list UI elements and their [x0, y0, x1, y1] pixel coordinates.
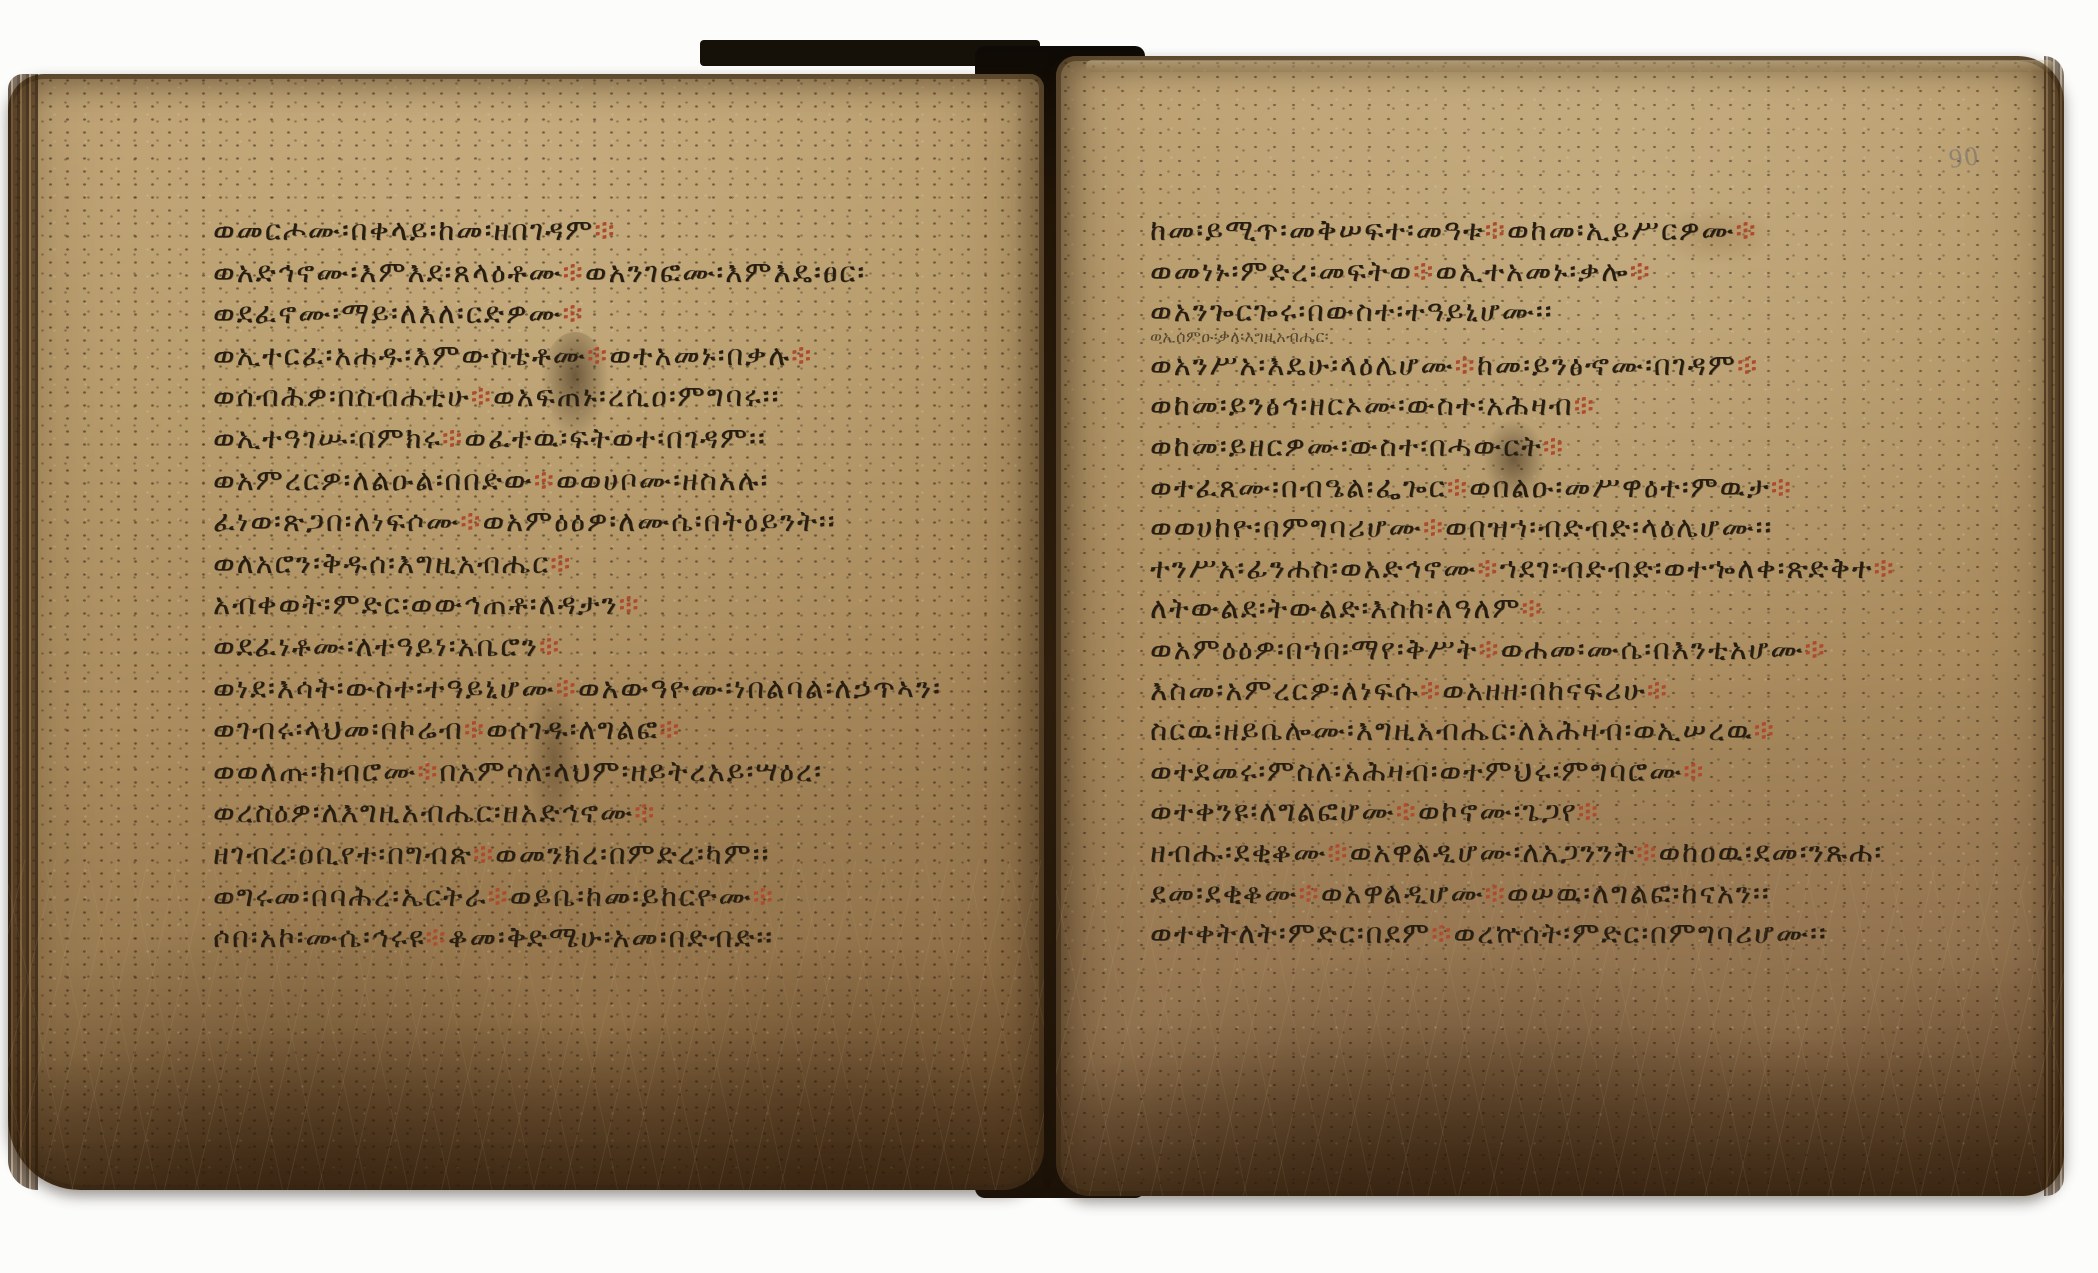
manuscript-text-line: ወከመ፡ይዘርዎሙ፡ውስተ፡በሓውርት፨ — [1150, 426, 2050, 467]
manuscript-text-line: ወረስዕዎ፡ለእግዚአብሔር፡ዘአድኅኖሙ፨ — [213, 792, 1033, 834]
manuscript-text-line: ስርዉ፡ዘይቤሎሙ፡እግዚአብሔር፡ለአሕዛብ፡ወኢሠረዉ፨ — [1150, 710, 2050, 751]
manuscript-text-line: ወመነኑ፡ምድረ፡መፍትወ፨ወኢተአመኑ፡ቃሎ፨ — [1150, 251, 2050, 292]
manuscript-text-line: ወግሩመ፡በባሕረ፡ኤርትራ፨ወይቤ፡ከመ፡ይከርዮሙ፨ — [213, 876, 1033, 918]
manuscript-text-line: ወተፈጸሙ፡በብዔል፡ፌጐር፨ወበልዑ፡መሥዋዕተ፡ምዉታ፨ — [1150, 467, 2050, 508]
manuscript-text-line: አብቀወት፡ምድር፡ወውኅጠቶ፡ለዳታን፨ — [213, 584, 1033, 626]
right-page-text: ከመ፡ይሚጥ፡መቅሠፍተ፡መዓቱ፨ወከመ፡ኢይሥርዎሙ፨ወመነኑ፡ምድረ፡መፍት… — [1150, 210, 2050, 954]
manuscript-text-line: ወመርሖሙ፡በቀላይ፡ከመ፡ዘበገዳም፨ — [213, 210, 1033, 252]
manuscript-text-line: ደመ፡ደቂቆሙ፨ወአዋልዲሆሙ፨ወሠዉ፡ለግልፎ፡ከናአን፡፡ — [1150, 873, 2050, 914]
manuscript-text-line: ወኢተርፈ፡አሐዱ፡እምውስቴቶሙ፨ወተአመኑ፡በቃሉ፨ — [213, 335, 1033, 377]
manuscript-text-line: ወለአሮን፡ቅዱሰ፡እግዚአብሔር፨ — [213, 543, 1033, 585]
manuscript-text-line: ሶበ፡አኮ፡ሙሴ፡ኅሩዩ፨ቆመ፡ቅድሜሁ፡አመ፡በድብድ፡፡ — [213, 917, 1033, 959]
manuscript-text-line: ፈነወ፡ጽጋበ፡ለነፍሶሙ፨ወአምዕዕዎ፡ለሙሴ፡በትዕይንት፡፡ — [213, 501, 1033, 543]
manuscript-text-line: ወሰብሕዎ፡በስብሐቲሁ፨ወአፍጠኑ፡ረሲዐ፡ምግባሩ፡፡ — [213, 376, 1033, 418]
manuscript-text-line: ከመ፡ይሚጥ፡መቅሠፍተ፡መዓቱ፨ወከመ፡ኢይሥርዎሙ፨ — [1150, 210, 2050, 251]
manuscript-text-line: ወከመ፡ይንፅኅ፡ዘርኦሙ፡ውስተ፡አሕዛብ፨ — [1150, 385, 2050, 426]
manuscript-text-line: ወኢሰምዑ፡ቃለ፡እግዚአብሔር፡ — [1150, 327, 2050, 346]
manuscript-text-line: ወአድኅኖሙ፡እምእደ፡ጸላዕቶሙ፨ወአንገፎሙ፡እምእዴ፡ፀር፡ — [213, 252, 1033, 294]
manuscript-text-line: ወተደመሩ፡ምስለ፡አሕዛብ፡ወተምህሩ፡ምግባሮሙ፨ — [1150, 751, 2050, 792]
manuscript-text-line: ወአንሥአ፡እዴሁ፡ላዕሌሆሙ፨ከመ፡ይንፅኆሙ፡በገዳም፨ — [1150, 345, 2050, 386]
manuscript-right-page: 90 ከመ፡ይሚጥ፡መቅሠፍተ፡መዓቱ፨ወከመ፡ኢይሥርዎሙ፨ወመነኑ፡ምድረ፡… — [1056, 56, 2064, 1196]
manuscript-text-line: ወኢተዓገሡ፡በምክሩ፨ወፈተዉ፡ፍትወተ፡በገዳም፡፡ — [213, 418, 1033, 460]
left-page-text: ወመርሖሙ፡በቀላይ፡ከመ፡ዘበገዳም፨ወአድኅኖሙ፡እምእደ፡ጸላዕቶሙ፨ወአ… — [213, 210, 1033, 959]
manuscript-text-line: ወነደ፡እሳት፡ውስተ፡ተዓይኒሆሙ፨ወአውዓዮሙ፡ነበልባል፡ለኃጥኣን፡ — [213, 668, 1033, 710]
folio-number-pencil: 90 — [1947, 140, 1982, 175]
manuscript-text-line: ለትውልደ፡ትውልድ፡እስከ፡ለዓለም፨ — [1150, 588, 2050, 629]
manuscript-text-line: ወገብሩ፡ላህመ፡በኮሬብ፨ወሰገዱ፡ለግልፎ፨ — [213, 709, 1033, 751]
manuscript-text-line: ወወለጡ፡ክብሮሙ፨በአምሳለ፡ላህም፡ዘይትረአይ፡ሣዕረ፡ — [213, 751, 1033, 793]
manuscript-photo: ወመርሖሙ፡በቀላይ፡ከመ፡ዘበገዳም፨ወአድኅኖሙ፡እምእደ፡ጸላዕቶሙ፨ወአ… — [0, 0, 2098, 1273]
manuscript-text-line: ወተቀንዩ፡ለግልፎሆሙ፨ወኮኖሙ፡ጌጋየ፨ — [1150, 791, 2050, 832]
manuscript-text-line: እስመ፡አምረርዎ፡ለነፍሱ፨ወአዘዘ፡በከናፍሪሁ፨ — [1150, 670, 2050, 711]
manuscript-text-line: ወተቀትለት፡ምድር፡በደም፨ወረኵሰት፡ምድር፡በምግባሪሆሙ፡፡ — [1150, 913, 2050, 954]
manuscript-text-line: ወአምዕዕዎ፡በኀበ፡ማየ፡ቅሥት፨ወሐመ፡ሙሴ፡በእንቲአሆሙ፨ — [1150, 629, 2050, 670]
manuscript-left-page: ወመርሖሙ፡በቀላይ፡ከመ፡ዘበገዳም፨ወአድኅኖሙ፡እምእደ፡ጸላዕቶሙ፨ወአ… — [8, 74, 1044, 1190]
manuscript-text-line: ወደፈኖሙ፡ማይ፡ለእለ፡ርድዎሙ፨ — [213, 293, 1033, 335]
manuscript-text-line: ወአምረርዎ፡ለልዑል፡በበድው፨ወወሀቦሙ፡ዘስአሉ፡ — [213, 460, 1033, 502]
manuscript-text-line: ወወሀከዮ፡በምግባሪሆሙ፨ወበዝኀ፡ብድብድ፡ላዕሌሆሙ፡፡ — [1150, 507, 2050, 548]
manuscript-text-line: ዘብሑ፡ደቂቆሙ፨ወአዋልዲሆሙ፡ለአጋንንት፨ወከዐዉ፡ደመ፡ንጹሐ፡ — [1150, 832, 2050, 873]
manuscript-text-line: ዘገብረ፡ዐቢየተ፡በግብጽ፨ወመንክረ፡በምድረ፡ካም፡፡ — [213, 834, 1033, 876]
manuscript-text-line: ተንሥአ፡ፊንሐስ፡ወአድኅኖሙ፨ኀደገ፡ብድብድ፡ወተኈለቀ፡ጽድቅተ፨ — [1150, 548, 2050, 589]
manuscript-text-line: ወአንጐርጐሩ፡በውስተ፡ተዓይኒሆሙ፡፡ — [1150, 291, 2050, 332]
manuscript-text-line: ወደፈነቶሙ፡ለተዓይነ፡አቤሮን፨ — [213, 626, 1033, 668]
page-edge-stack-top — [1086, 60, 2054, 72]
page-edge-stack-left — [8, 74, 38, 1190]
